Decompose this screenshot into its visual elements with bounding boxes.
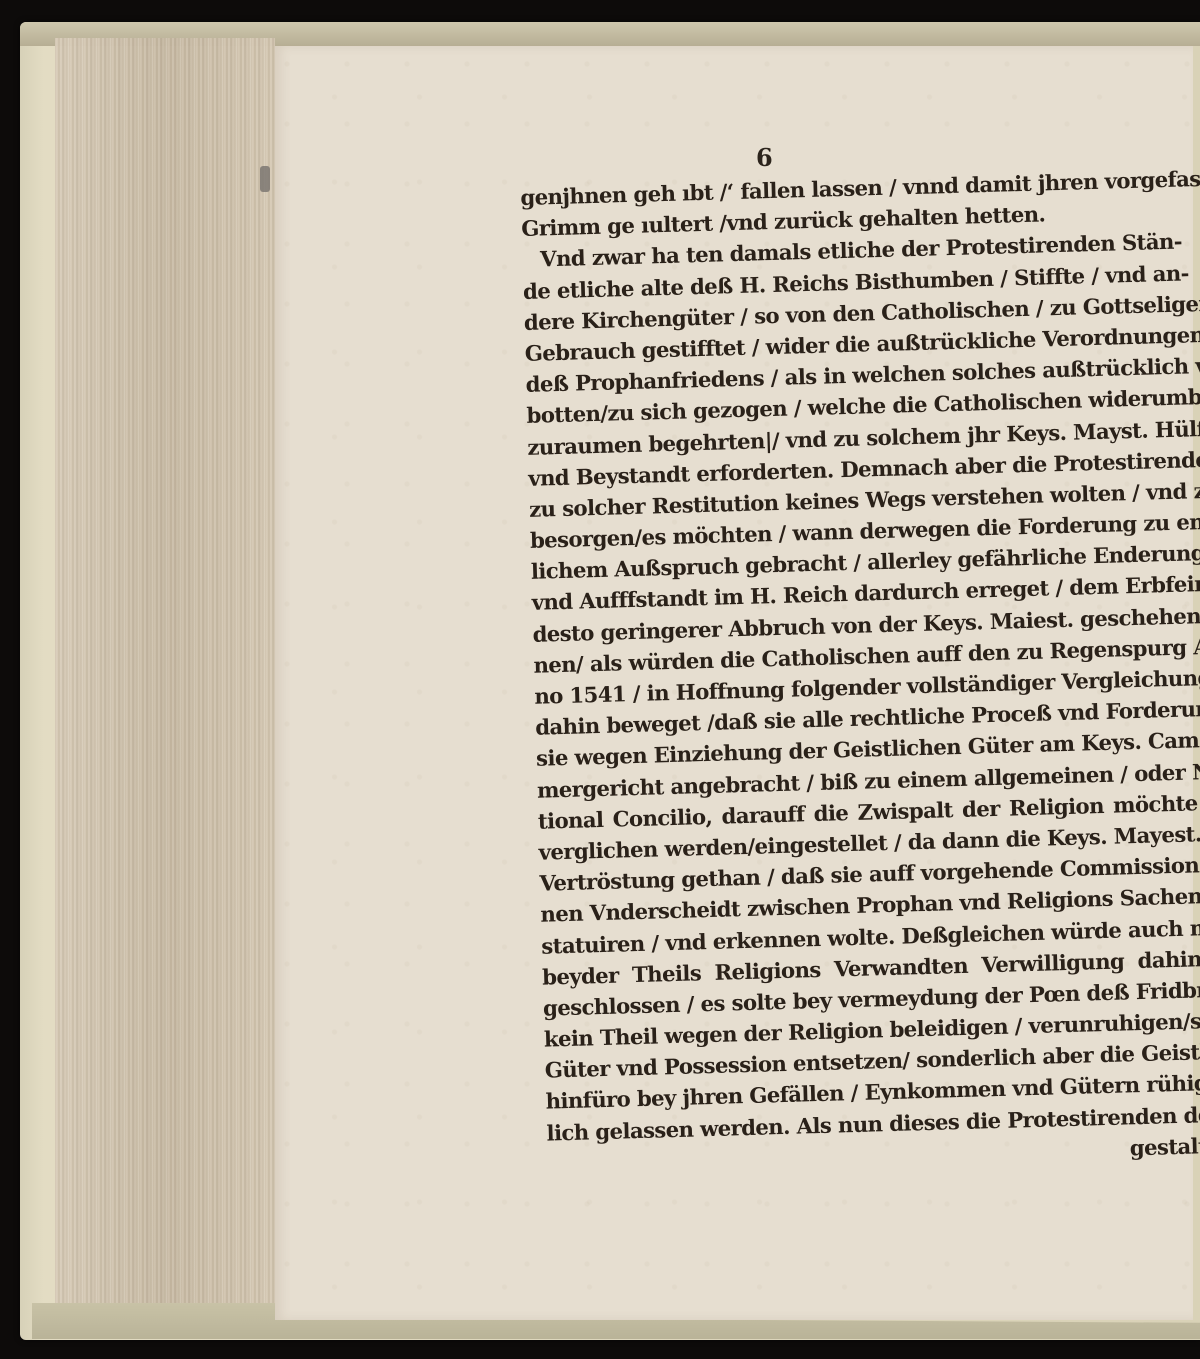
book-photograph: 6 genjhnen geh ıbt /‘ fallen lassen / vn… <box>0 0 1200 1359</box>
page-number: 6 <box>756 143 773 172</box>
page-text-block: genjhnen geh ıbt /‘ fallen lassen / vnnd… <box>520 164 1200 1180</box>
page-edges-block <box>55 38 275 1310</box>
ink-stain-mark <box>260 166 270 192</box>
